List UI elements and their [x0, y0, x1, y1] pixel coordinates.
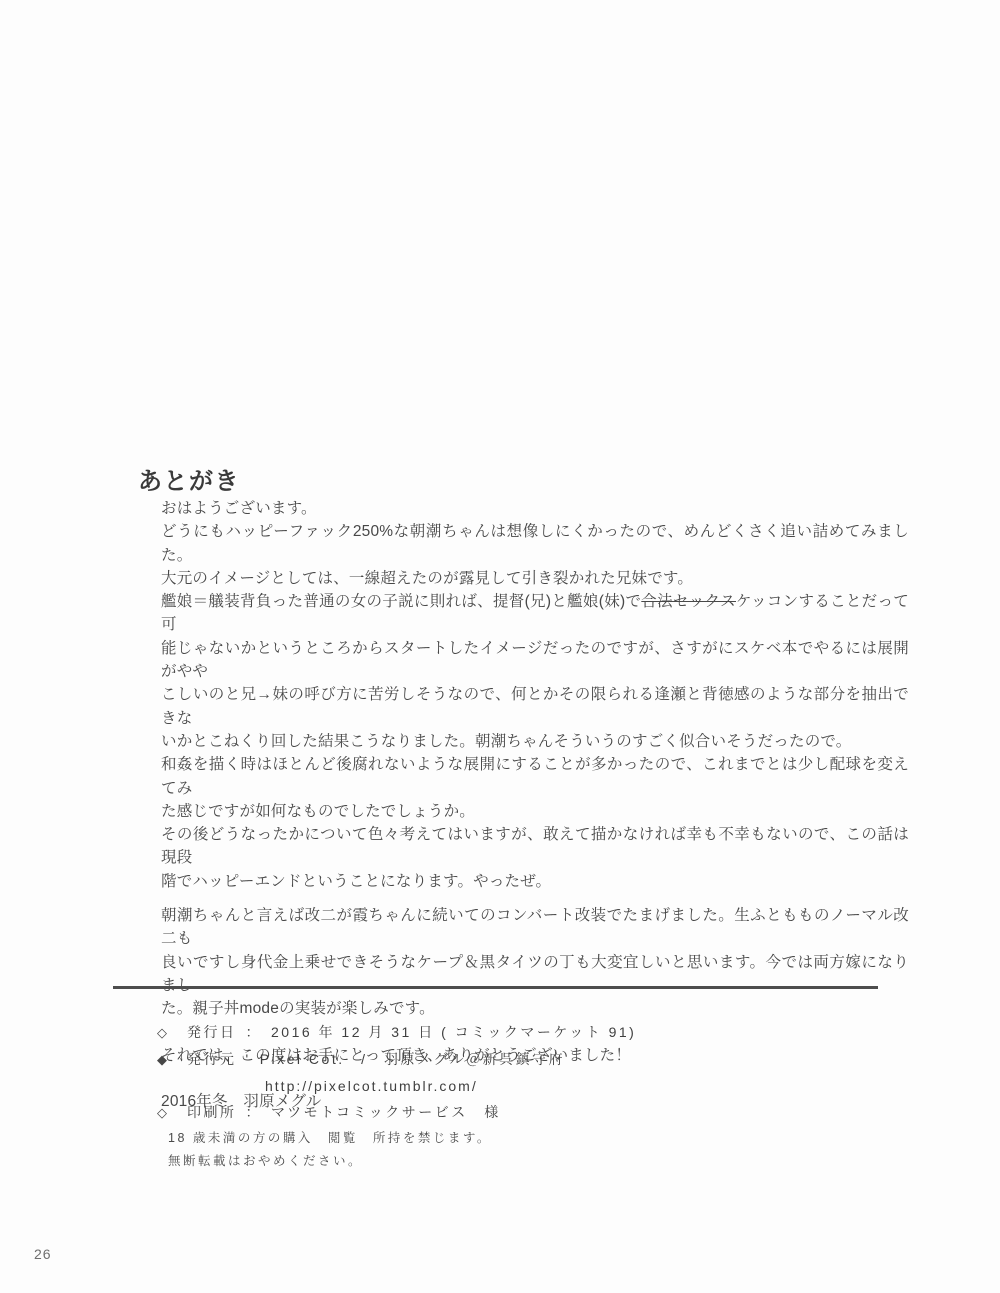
colophon-value: Pixel Cot. / 羽原メグル＠新呉鎮守府	[260, 1046, 565, 1072]
afterword-title: あとがき	[138, 461, 240, 496]
text-line: 能じゃないかというところからスタートしたイメージだったのですが、さすがにスケベ本…	[161, 637, 909, 684]
struck-text: 合法セックス	[641, 593, 736, 610]
colophon-label: 発行元	[187, 1046, 237, 1072]
text-line: おはようございます。	[161, 497, 909, 520]
colophon-row-publication-date: ◇ 発行日 ： 2016 年 12 月 31 日 ( コミックマーケット 91)	[157, 1019, 636, 1046]
text-line: 和姦を描く時はほとんど後腐れないような展開にすることが多かったので、これまでとは…	[161, 753, 909, 800]
text-line: どうにもハッピーファック250%な朝潮ちゃんは想像しにくかったので、めんどくさく…	[161, 520, 909, 567]
colophon-separator: ：	[246, 1019, 263, 1045]
colophon-separator: '	[246, 1046, 251, 1072]
diamond-outline-icon: ◇	[157, 1100, 174, 1126]
notice-line: 無断転載はおやめください。	[168, 1150, 492, 1173]
diamond-filled-icon: ◆	[157, 1047, 174, 1073]
colophon-row-publisher: ◆ 発行元 ' Pixel Cot. / 羽原メグル＠新呉鎮守府	[157, 1046, 636, 1073]
colophon-value: マツモトコミックサービス 様	[271, 1099, 501, 1125]
text-line: いかとこねくり回した結果こうなりました。朝潮ちゃんそういうのすごく似合いそうだっ…	[161, 730, 909, 753]
colophon-row-url: http://pixelcot.tumblr.com/	[265, 1073, 636, 1099]
colophon-row-printer: ◇ 印刷所 ： マツモトコミックサービス 様	[157, 1099, 636, 1126]
colophon: ◇ 発行日 ： 2016 年 12 月 31 日 ( コミックマーケット 91)…	[157, 1019, 636, 1126]
text-line: こしいのと兄→妹の呼び方に苦労しそうなので、何とかその限られる逢瀬と背徳感のよう…	[161, 683, 909, 730]
text-line: 朝潮ちゃんと言えば改二が霞ちゃんに続いてのコンバート改装でたまげました。生ふとも…	[161, 904, 909, 951]
text-line-with-strikethrough: 艦娘＝艤装背負った普通の女の子説に則れば、提督(兄)と艦娘(妹)で合法セックスケ…	[161, 590, 909, 637]
colophon-separator: ：	[246, 1099, 263, 1125]
notice-line: 18 歳未満の方の購入 閲覧 所持を禁じます。	[168, 1127, 492, 1150]
document-page: あとがき おはようございます。 どうにもハッピーファック250%な朝潮ちゃんは想…	[0, 0, 1000, 1293]
colophon-label: 発行日	[187, 1019, 237, 1045]
text-segment: 艦娘＝艤装背負った普通の女の子説に則れば、提督(兄)と艦娘(妹)で	[161, 593, 641, 610]
colophon-value: 2016 年 12 月 31 日 ( コミックマーケット 91)	[271, 1019, 636, 1045]
text-line: た感じですが如何なものでしたでしょうか。	[161, 800, 909, 823]
page-number: 26	[34, 1246, 52, 1262]
text-line: 大元のイメージとしては、一線超えたのが露見して引き裂かれた兄妹です。	[161, 567, 909, 590]
age-restriction-notice: 18 歳未満の方の購入 閲覧 所持を禁じます。 無断転載はおやめください。	[168, 1127, 492, 1173]
diamond-outline-icon: ◇	[157, 1020, 174, 1046]
text-line: その後どうなったかについて色々考えてはいますが、敢えて描かなければ幸も不幸もない…	[161, 823, 909, 870]
text-line: 階でハッピーエンドということになります。やったぜ。	[161, 870, 909, 893]
publisher-url: http://pixelcot.tumblr.com/	[265, 1073, 478, 1099]
divider-rule	[113, 986, 878, 989]
text-line: 良いですし身代金上乗せできそうなケープ＆黒タイツの丁も大変宜しいと思います。今で…	[161, 951, 909, 998]
text-line: た。親子丼modeの実装が楽しみです。	[161, 997, 909, 1020]
colophon-label: 印刷所	[187, 1099, 237, 1125]
